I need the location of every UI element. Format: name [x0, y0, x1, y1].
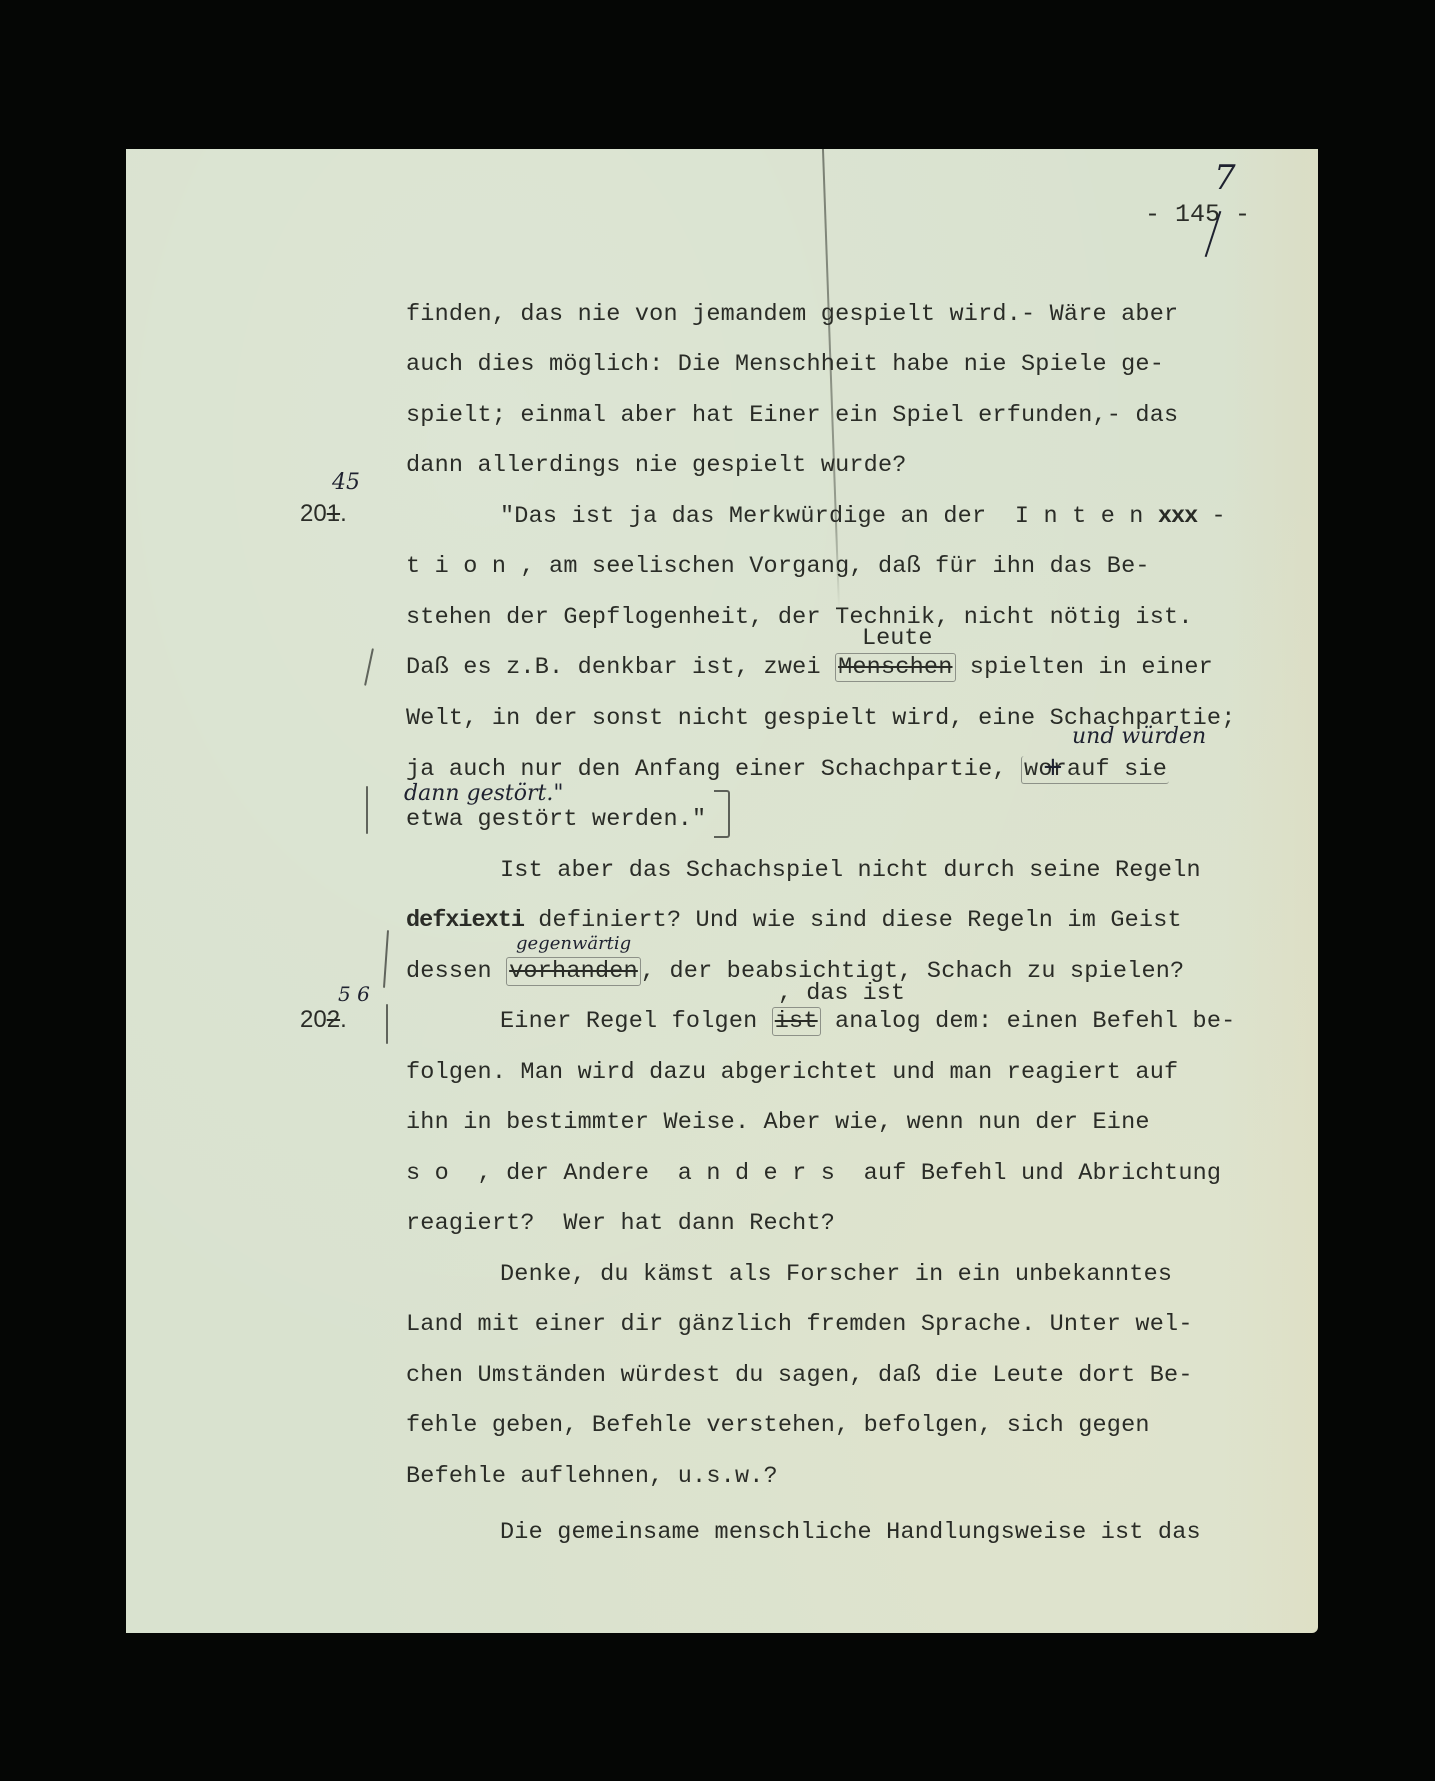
remark-number-201: 201.	[300, 500, 347, 528]
handwritten-gegenwartig: gegenwärtig	[516, 933, 631, 954]
text-line-definiert: defxiexti definiert? Und wie sind diese …	[406, 906, 1182, 936]
remark-number-struck-digit: 2	[327, 1006, 340, 1033]
struck-word-ist: ist	[772, 1007, 821, 1036]
pencil-margin-mark	[366, 786, 368, 834]
page-number-suffix: -	[1220, 200, 1250, 229]
text-line: Befehle auflehnen, u.s.w.?	[406, 1462, 778, 1492]
insertion-mark: +	[1042, 752, 1064, 782]
text-fragment	[1007, 756, 1021, 783]
remark-number-correction: 45	[332, 470, 360, 495]
handwritten-dann-gestort: dann gestört."	[404, 781, 563, 806]
text-line: Denke, du kämst als Forscher in ein unbe…	[500, 1260, 1172, 1290]
text-line: fehle geben, Befehle verstehen, befolgen…	[406, 1411, 1150, 1441]
typed-overstrike: defxiexti	[406, 907, 524, 934]
text-line: s o , der Andere a n d e r s auf Befehl …	[406, 1159, 1221, 1189]
text-line: Ist aber das Schachspiel nicht durch sei…	[500, 856, 1201, 886]
handwritten-und-wurden: und würden	[1072, 724, 1206, 749]
text-line-intention: "Das ist ja das Merkwürdige an der I n t…	[500, 502, 1226, 532]
text-line-einer-regel: Einer Regel folgen ist analog dem: einen…	[500, 1007, 1235, 1037]
typed-insert-das-ist: , das ist	[778, 980, 905, 1007]
text-line: Land mit einer dir gänzlich fremden Spra…	[406, 1310, 1193, 1340]
text-line: stehen der Gepflogenheit, der Technik, n…	[406, 603, 1193, 633]
text-line: dann allerdings nie gespielt wurde?	[406, 451, 907, 481]
text-fragment: -	[1197, 503, 1226, 530]
text-line: folgen. Man wird dazu abgerichtet und ma…	[406, 1058, 1178, 1088]
remark-number-typed: 20	[300, 500, 327, 527]
remark-number-typed: 20	[300, 1006, 327, 1033]
text-fragment: Daß es z.B. denkbar ist, zwei	[406, 654, 835, 681]
text-fragment: dessen	[406, 958, 506, 985]
page-number-handwritten-correction: 7	[1214, 158, 1236, 198]
text-fragment: "Das ist ja das Merkwürdige an der I n t…	[500, 503, 1158, 530]
text-fragment: Einer Regel folgen	[500, 1008, 772, 1035]
text-fragment: , der beabsichtigt, Schach zu spielen?	[641, 958, 1185, 985]
text-line: reagiert? Wer hat dann Recht?	[406, 1209, 835, 1239]
text-line: chen Umständen würdest du sagen, daß die…	[406, 1361, 1193, 1391]
typed-insert-leute: Leute	[862, 625, 933, 652]
text-fragment: analog dem: einen Befehl be-	[821, 1008, 1236, 1035]
typed-overstrike: xxx	[1158, 503, 1197, 530]
page-number-typed: - 14	[1145, 200, 1205, 229]
page-number: - 145 -	[1145, 200, 1250, 229]
struck-word-vorhanden: vorhanden	[506, 957, 641, 986]
text-fragment: definiert? Und wie sind diese Regeln im …	[524, 907, 1182, 934]
text-line: finden, das nie von jemandem gespielt wi…	[406, 300, 1178, 330]
remark-number-suffix: .	[340, 500, 347, 527]
text-line: spielt; einmal aber hat Einer ein Spiel …	[406, 401, 1178, 431]
remark-number-202: 202.	[300, 1006, 347, 1034]
text-line: etwa gestört werden."	[406, 805, 706, 835]
text-line: ihn in bestimmter Weise. Aber wie, wenn …	[406, 1108, 1150, 1138]
struck-word-menschen: Menschen	[835, 653, 955, 682]
remark-number-suffix: .	[340, 1006, 347, 1033]
text-fragment: spielten in einer	[956, 654, 1213, 681]
text-line-menschen: Daß es z.B. denkbar ist, zwei Menschen s…	[406, 653, 1213, 683]
remark-number-struck-digit: 1	[327, 500, 340, 527]
pencil-margin-mark	[386, 1004, 388, 1044]
pencil-bracket	[714, 790, 730, 838]
text-fragment: ja auch nur den Anfang einer Schachparti…	[406, 756, 1007, 783]
text-line: t i o n , am seelischen Vorgang, daß für…	[406, 552, 1150, 582]
text-line: auch dies möglich: Die Menschheit habe n…	[406, 350, 1164, 380]
remark-number-correction: 5 6	[338, 982, 370, 1006]
text-line: Die gemeinsame menschliche Handlungsweis…	[500, 1518, 1201, 1548]
